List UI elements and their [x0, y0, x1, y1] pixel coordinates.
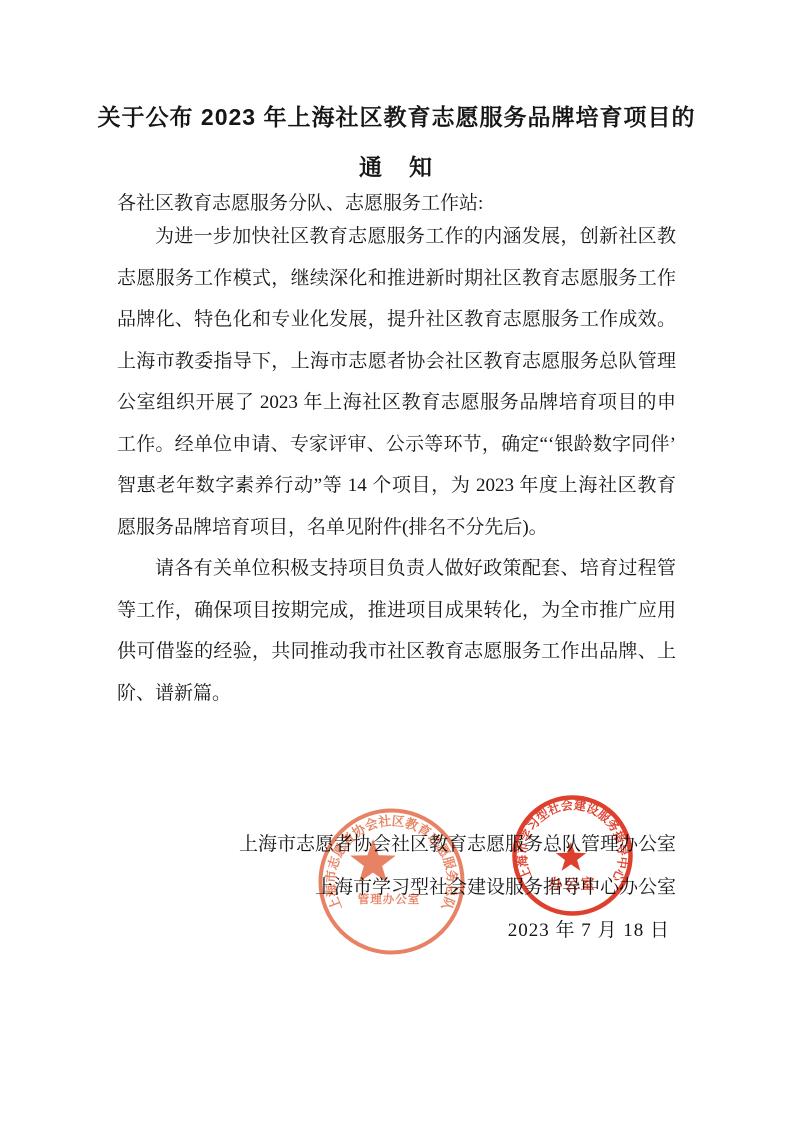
- body-line: 愿服务品牌培育项目，名单见附件(排名不分先后)。: [117, 507, 676, 549]
- notice-body: 为进一步加快社区教育志愿服务工作的内涵发展，创新社区教育 志愿服务工作模式，继续…: [117, 216, 676, 714]
- notice-subtitle: 通 知: [0, 146, 793, 188]
- signature-org-2: 上海市学习型社会建设服务指导中心办公室: [117, 866, 676, 909]
- body-line: 供可借鉴的经验，共同推动我市社区教育志愿服务工作出品牌、上台: [117, 631, 676, 673]
- body-line: 请各有关单位积极支持项目负责人做好政策配套、培育过程管理: [117, 548, 676, 590]
- body-line: 等工作，确保项目按期完成，推进项目成果转化，为全市推广应用提: [117, 590, 676, 632]
- notice-title: 关于公布 2023 年上海社区教育志愿服务品牌培育项目的: [0, 96, 793, 138]
- signature-org-1: 上海市志愿者协会社区教育志愿服务总队管理办公室: [117, 823, 676, 866]
- body-line: 阶、谱新篇。: [117, 673, 676, 715]
- body-line: 公室组织开展了 2023 年上海社区教育志愿服务品牌培育项目的申报: [117, 382, 676, 424]
- body-line: 上海市教委指导下，上海市志愿者协会社区教育志愿服务总队管理办: [117, 341, 676, 383]
- body-line: 智惠老年数字素养行动”等 14 个项目，为 2023 年度上海社区教育志: [117, 465, 676, 507]
- signature-block: 上海市志愿者协会社区教育志愿服务总队管理办公室 上海市学习型社会建设服务指导中心…: [117, 823, 676, 952]
- signature-date: 2023 年 7 月 18 日: [117, 909, 676, 952]
- body-line: 为进一步加快社区教育志愿服务工作的内涵发展，创新社区教育: [117, 216, 676, 258]
- body-line: 志愿服务工作模式，继续深化和推进新时期社区教育志愿服务工作的: [117, 258, 676, 300]
- document-page: 关于公布 2023 年上海社区教育志愿服务品牌培育项目的 通 知 各社区教育志愿…: [0, 0, 793, 1122]
- body-line: 工作。经单位申请、专家评审、公示等环节，确定“‘银龄数字同伴’: [117, 424, 676, 466]
- body-line: 品牌化、特色化和专业化发展，提升社区教育志愿服务工作成效。在: [117, 299, 676, 341]
